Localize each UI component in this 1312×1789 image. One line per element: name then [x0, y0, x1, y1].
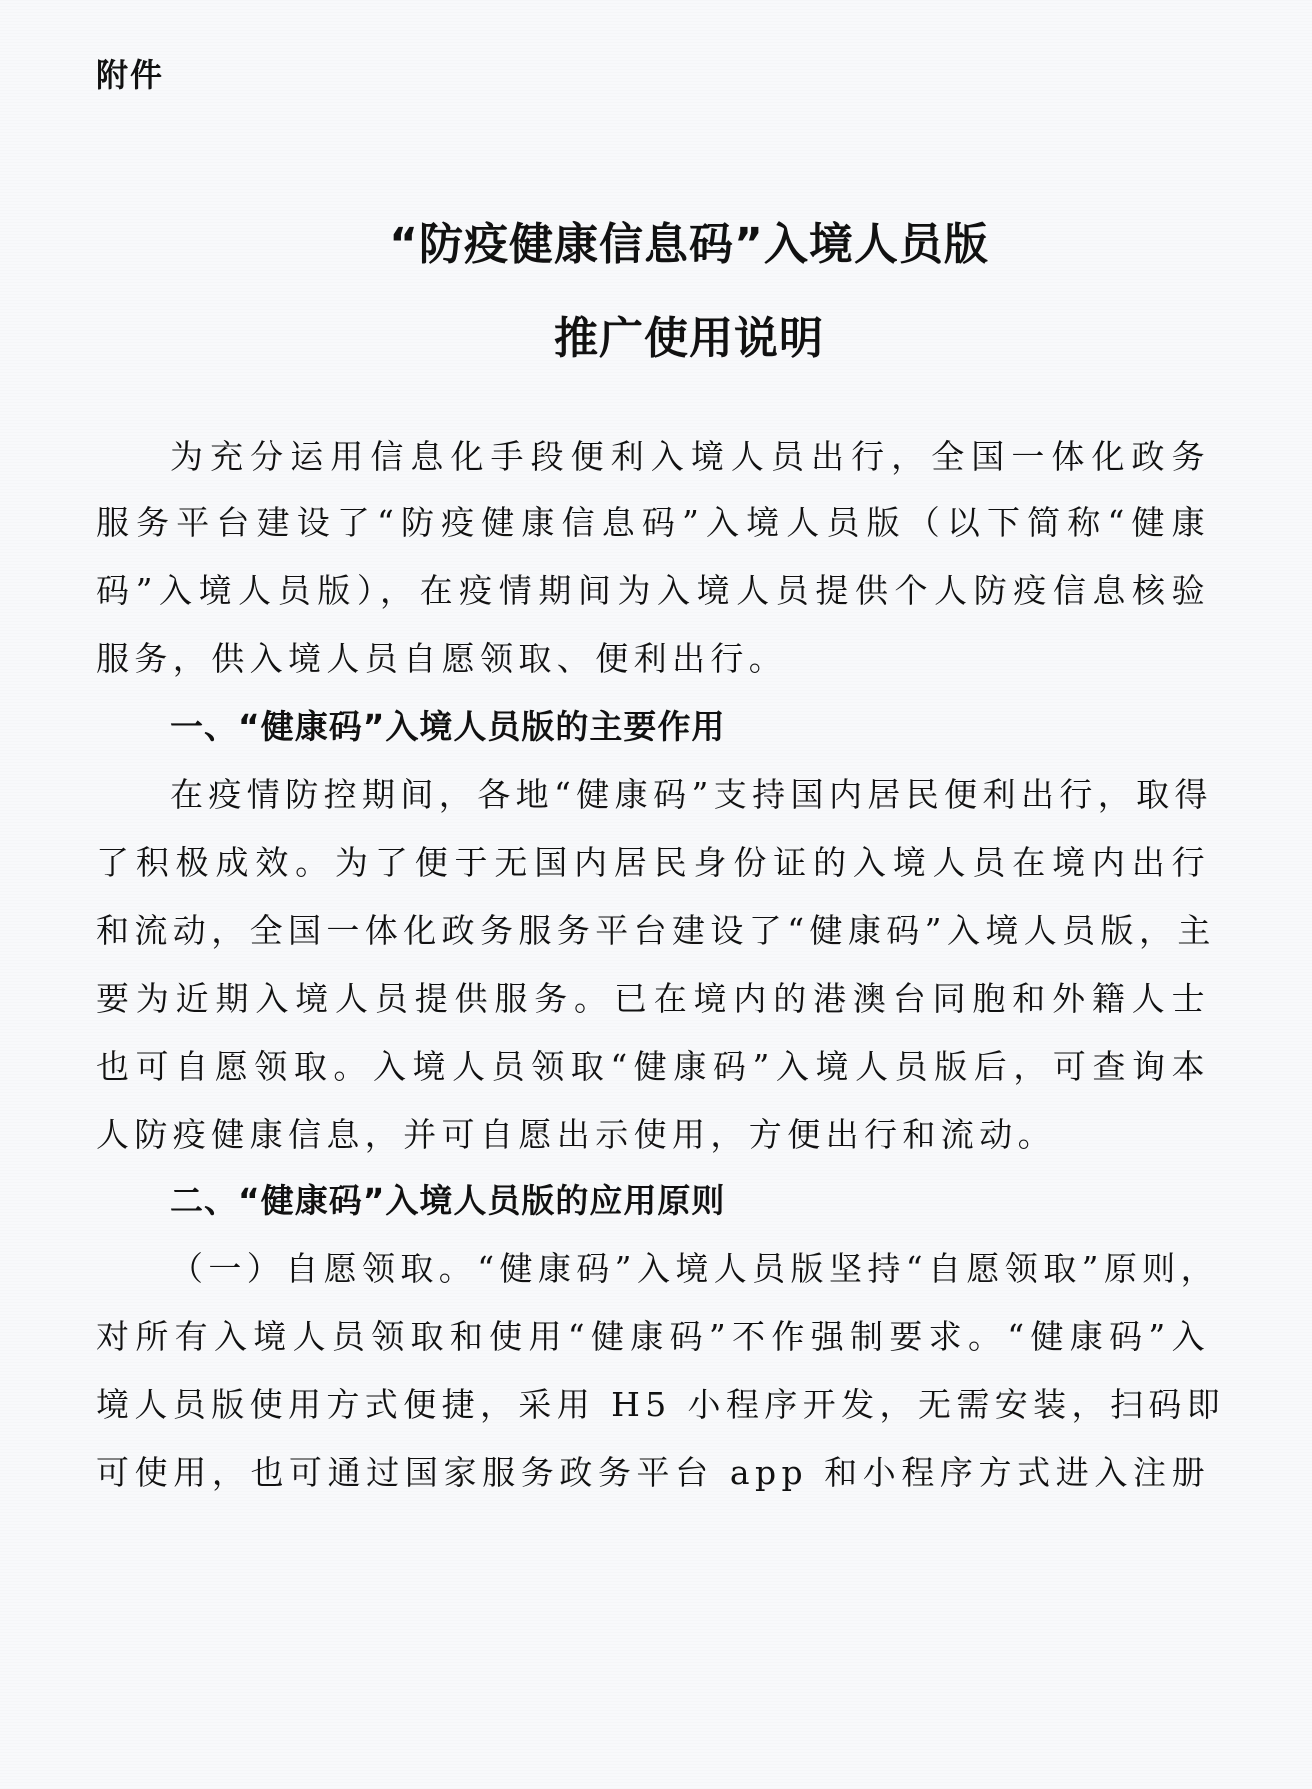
section1-line: 人防疫健康信息，并可自愿出示使用，方便出行和流动。: [96, 1115, 1210, 1155]
section1-line: 了积极成效。为了便于无国内居民身份证的入境人员在境内出行: [96, 843, 1210, 883]
section2-line: 对所有入境人员领取和使用“健康码”不作强制要求。“健康码”入: [96, 1317, 1210, 1357]
intro-line: 码”入境人员版），在疫情期间为入境人员提供个人防疫信息核验: [96, 571, 1210, 611]
section1-line: 要为近期入境人员提供服务。已在境内的港澳台同胞和外籍人士: [96, 979, 1210, 1019]
document-title-line-1: “防疫健康信息码”入境人员版: [33, 208, 1312, 272]
section1-line: 在疫情防控期间，各地“健康码”支持国内居民便利出行，取得: [170, 775, 1210, 815]
intro-line: 服务平台建设了“防疫健康信息码”入境人员版（以下简称“健康: [96, 503, 1210, 543]
intro-line: 服务，供入境人员自愿领取、便利出行。: [96, 639, 1210, 679]
intro-line: 为充分运用信息化手段便利入境人员出行，全国一体化政务: [170, 437, 1210, 477]
section1-line: 也可自愿领取。入境人员领取“健康码”入境人员版后，可查询本: [96, 1047, 1210, 1087]
attachment-label: 附件: [96, 50, 164, 96]
section-heading-2: 二、“健康码”入境人员版的应用原则: [170, 1181, 725, 1221]
document-title-line-2: 推广使用说明: [33, 302, 1312, 366]
section2-line: 可使用，也可通过国家服务政务平台 app 和小程序方式进入注册: [96, 1453, 1210, 1493]
section1-line: 和流动，全国一体化政务服务平台建设了“健康码”入境人员版，主: [96, 911, 1210, 951]
section2-line: （一）自愿领取。“健康码”入境人员版坚持“自愿领取”原则，: [170, 1249, 1210, 1289]
document-page: 附件 “防疫健康信息码”入境人员版 推广使用说明 为充分运用信息化手段便利入境人…: [0, 0, 1312, 1789]
section2-line: 境人员版使用方式便捷，采用 H5 小程序开发，无需安装，扫码即: [96, 1385, 1210, 1425]
section-heading-1: 一、“健康码”入境人员版的主要作用: [170, 707, 725, 747]
